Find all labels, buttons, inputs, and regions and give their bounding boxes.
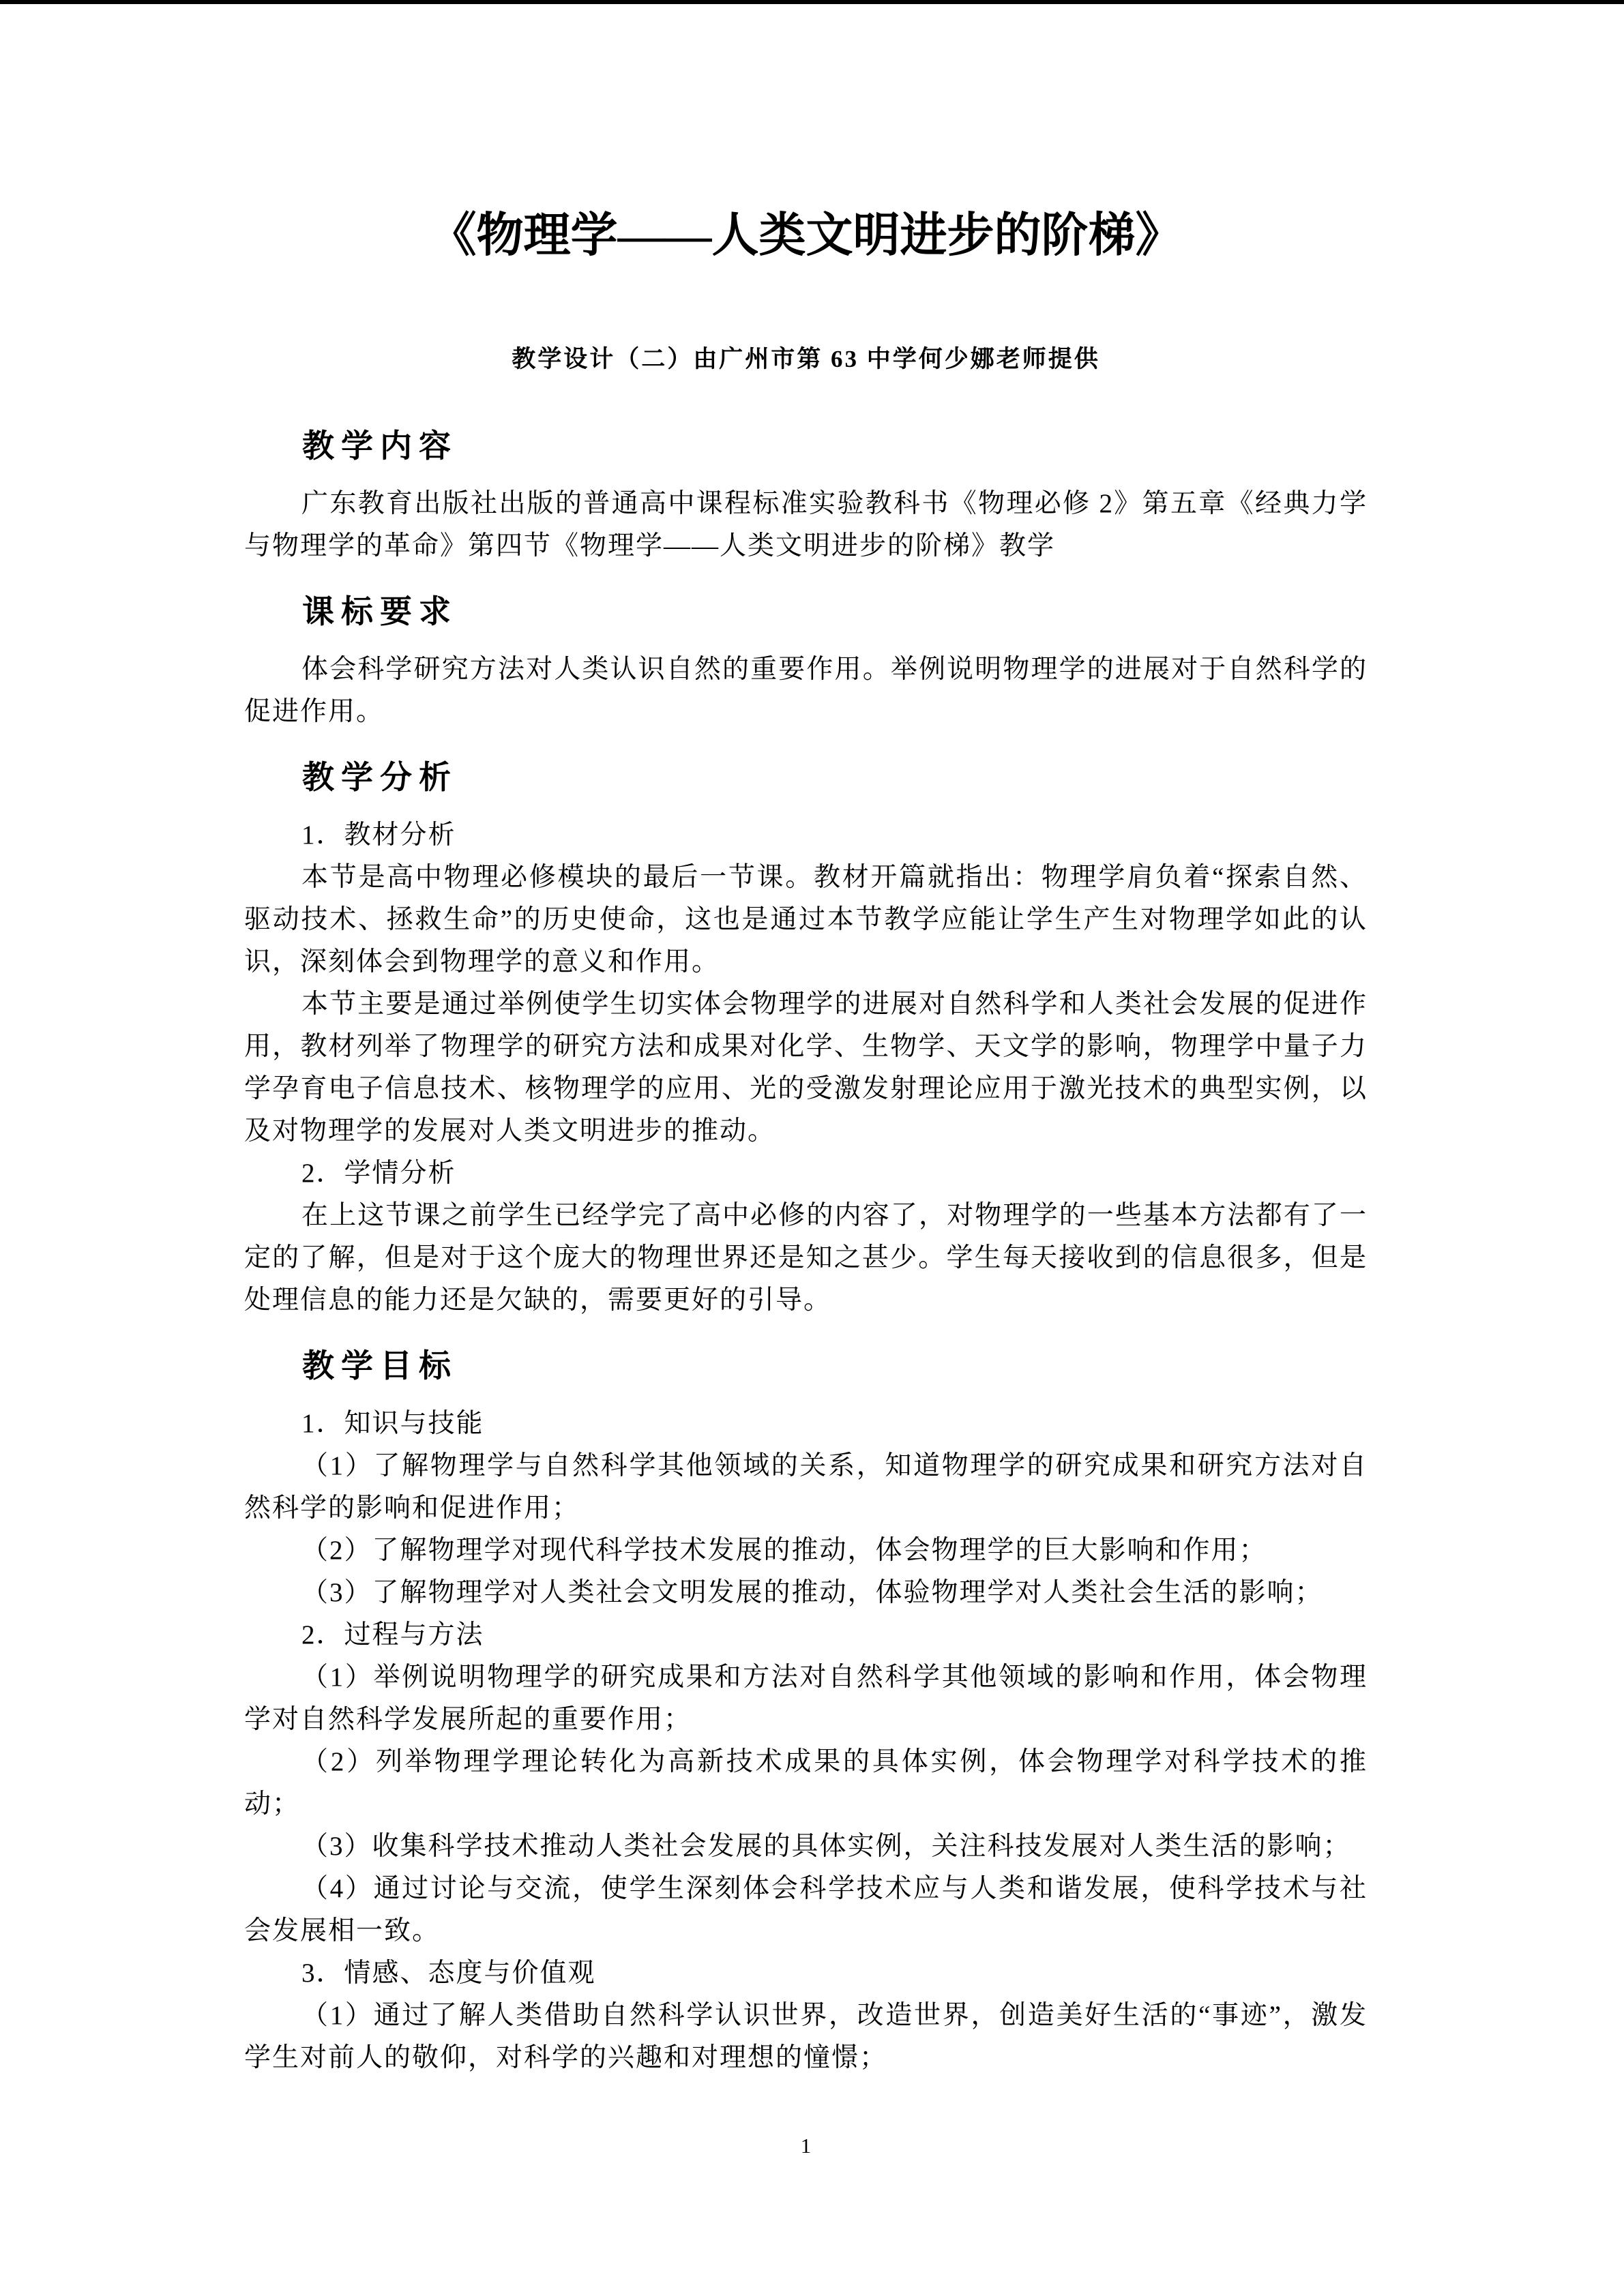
- sub-heading: 2．过程与方法: [244, 1614, 1368, 1656]
- body-paragraph: （1）举例说明物理学的研究成果和方法对自然科学其他领域的影响和作用，体会物理学对…: [244, 1656, 1368, 1741]
- body-paragraph: （2）了解物理学对现代科学技术发展的推动，体会物理学的巨大影响和作用；: [244, 1530, 1368, 1572]
- body-paragraph: 本节主要是通过举例使学生切实体会物理学的进展对自然科学和人类社会发展的促进作用，…: [244, 983, 1368, 1152]
- body-paragraph: （2）列举物理学理论转化为高新技术成果的具体实例，体会物理学对科学技术的推动；: [244, 1741, 1368, 1825]
- scan-edge-top: [0, 0, 1624, 4]
- sub-heading: 1．知识与技能: [244, 1403, 1368, 1445]
- section-heading: 教学内容: [302, 429, 1368, 464]
- document-body: 教学内容广东教育出版社出版的普通高中课程标准实验教科书《物理必修 2》第五章《经…: [244, 429, 1368, 2079]
- body-paragraph: 广东教育出版社出版的普通高中课程标准实验教科书《物理必修 2》第五章《经典力学与…: [244, 483, 1368, 567]
- body-paragraph: （1）了解物理学与自然科学其他领域的关系，知道物理学的研究成果和研究方法对自然科…: [244, 1445, 1368, 1530]
- section-heading: 教学目标: [302, 1349, 1368, 1384]
- body-paragraph: （4）通过讨论与交流，使学生深刻体会科学技术应与人类和谐发展，使科学技术与社会发…: [244, 1868, 1368, 1952]
- body-paragraph: （3）了解物理学对人类社会文明发展的推动，体验物理学对人类社会生活的影响；: [244, 1572, 1368, 1614]
- document-title: 《物理学——人类文明进步的阶梯》: [244, 0, 1368, 261]
- page-number: 1: [244, 2134, 1368, 2158]
- body-paragraph: 在上这节课之前学生已经学完了高中必修的内容了，对物理学的一些基本方法都有了一定的…: [244, 1195, 1368, 1322]
- sub-heading: 3．情感、态度与价值观: [244, 1952, 1368, 1995]
- sub-heading: 1．教材分析: [244, 814, 1368, 856]
- body-paragraph: 体会科学研究方法对人类认识自然的重要作用。举例说明物理学的进展对于自然科学的促进…: [244, 648, 1368, 733]
- document-page: { "page": { "title": "《物理学——人类文明进步的阶梯》",…: [0, 0, 1624, 2296]
- body-paragraph: （1）通过了解人类借助自然科学认识世界，改造世界，创造美好生活的“事迹”，激发学…: [244, 1995, 1368, 2079]
- sub-heading: 2．学情分析: [244, 1152, 1368, 1195]
- section-heading: 教学分析: [302, 760, 1368, 796]
- body-paragraph: 本节是高中物理必修模块的最后一节课。教材开篇就指出：物理学肩负着“探索自然、驱动…: [244, 856, 1368, 983]
- document-subtitle: 教学设计（二）由广州市第 63 中学何少娜老师提供: [244, 346, 1368, 373]
- section-heading: 课标要求: [302, 595, 1368, 630]
- page-content: 《物理学——人类文明进步的阶梯》 教学设计（二）由广州市第 63 中学何少娜老师…: [0, 0, 1624, 2158]
- body-paragraph: （3）收集科学技术推动人类社会发展的具体实例，关注科技发展对人类生活的影响；: [244, 1825, 1368, 1868]
